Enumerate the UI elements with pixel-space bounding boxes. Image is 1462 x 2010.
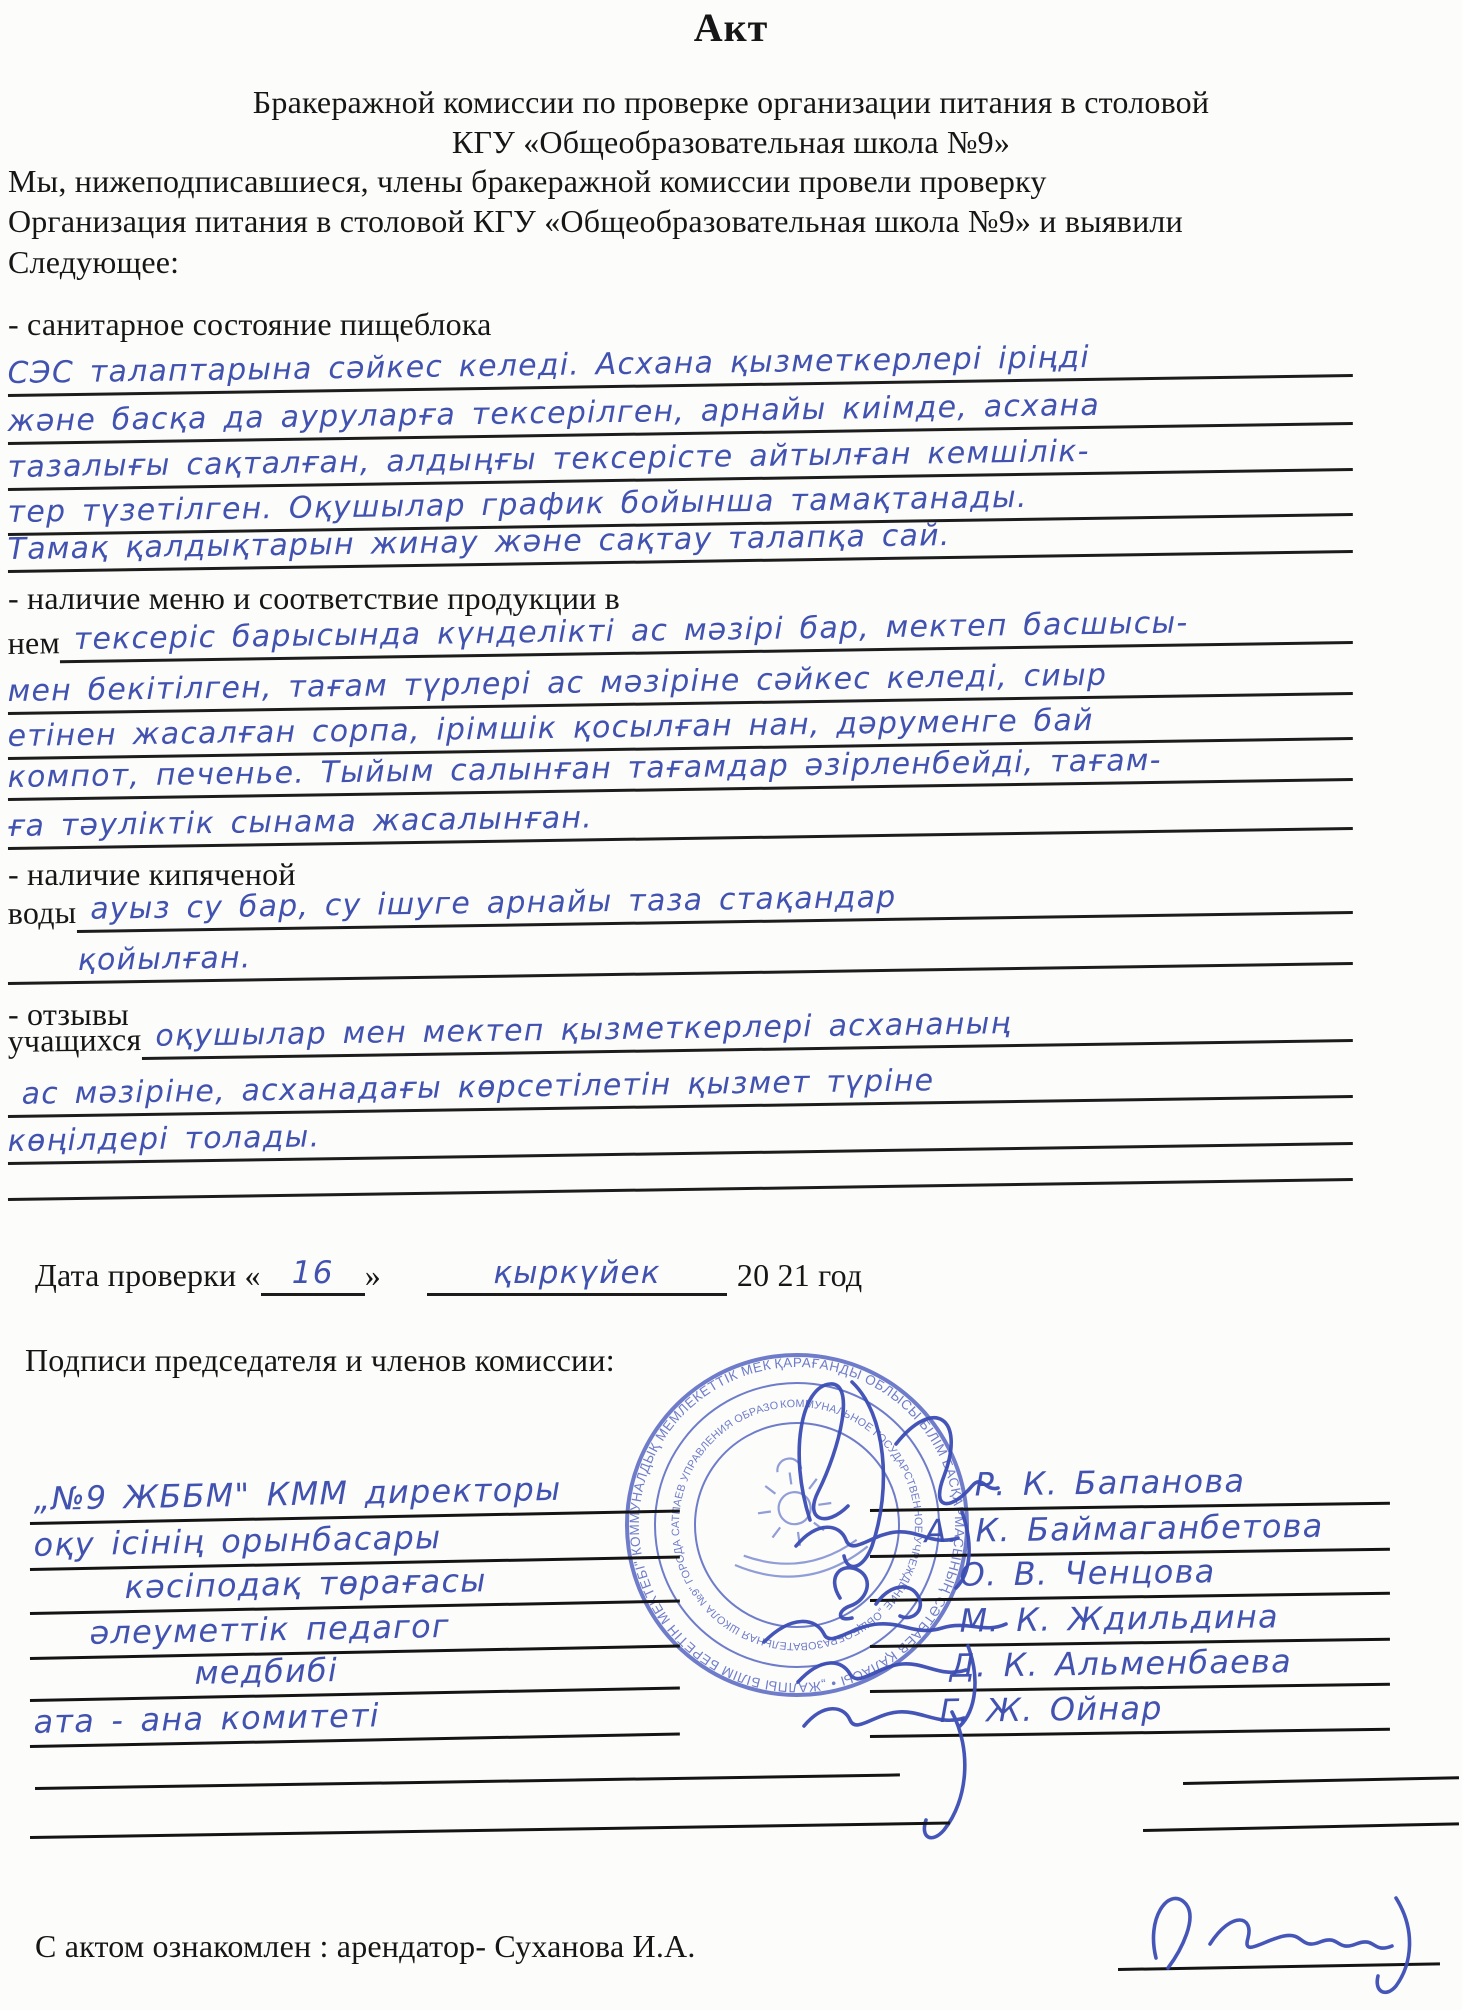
subtitle-line-2: КГУ «Общеобразовательная школа №9»: [0, 124, 1462, 161]
date-year: 20 21 год: [727, 1257, 863, 1296]
blank-signature-line: [1183, 1776, 1459, 1785]
intro-line-1: Мы, нижеподписавшиеся, члены бракеражной…: [8, 163, 1047, 200]
page-title: Акт: [0, 4, 1462, 51]
date-prefix: Дата проверки «: [35, 1257, 261, 1296]
signature-deputy: [796, 1512, 969, 1588]
intro-line-3: Следующее:: [8, 244, 179, 281]
signatures-overlay: [700, 1360, 1120, 1880]
date-line: Дата проверки « 16 » қыркүйек 20 21 год: [35, 1250, 862, 1296]
signatures-heading: Подписи председателя и членов комиссии:: [25, 1342, 615, 1379]
date-close-quote: »: [365, 1257, 381, 1296]
blank-signature-line: [1143, 1822, 1459, 1832]
tenant-signature: [1128, 1846, 1462, 2010]
date-month-slot: қыркүйек: [427, 1247, 727, 1296]
date-day-slot: 16: [261, 1247, 365, 1296]
signature-union-chair: [835, 1568, 921, 1619]
subtitle-line-1: Бракеражной комиссии по проверке организ…: [0, 84, 1462, 121]
intro-line-2: Организация питания в столовой КГУ «Обще…: [8, 203, 1183, 240]
feedback-prefix: учащихся: [7, 1021, 141, 1062]
menu-prefix: нем: [7, 624, 60, 664]
acknowledgement-text: С актом ознакомлен : арендатор- Суханова…: [35, 1928, 696, 1965]
sanitary-label: - санитарное состояние пищеблока: [8, 306, 492, 343]
water-prefix: воды: [7, 894, 76, 934]
document-page: Акт Бракеражной комиссии по проверке орг…: [0, 0, 1462, 2010]
signature-social-pedagogue: [764, 1621, 1006, 1642]
